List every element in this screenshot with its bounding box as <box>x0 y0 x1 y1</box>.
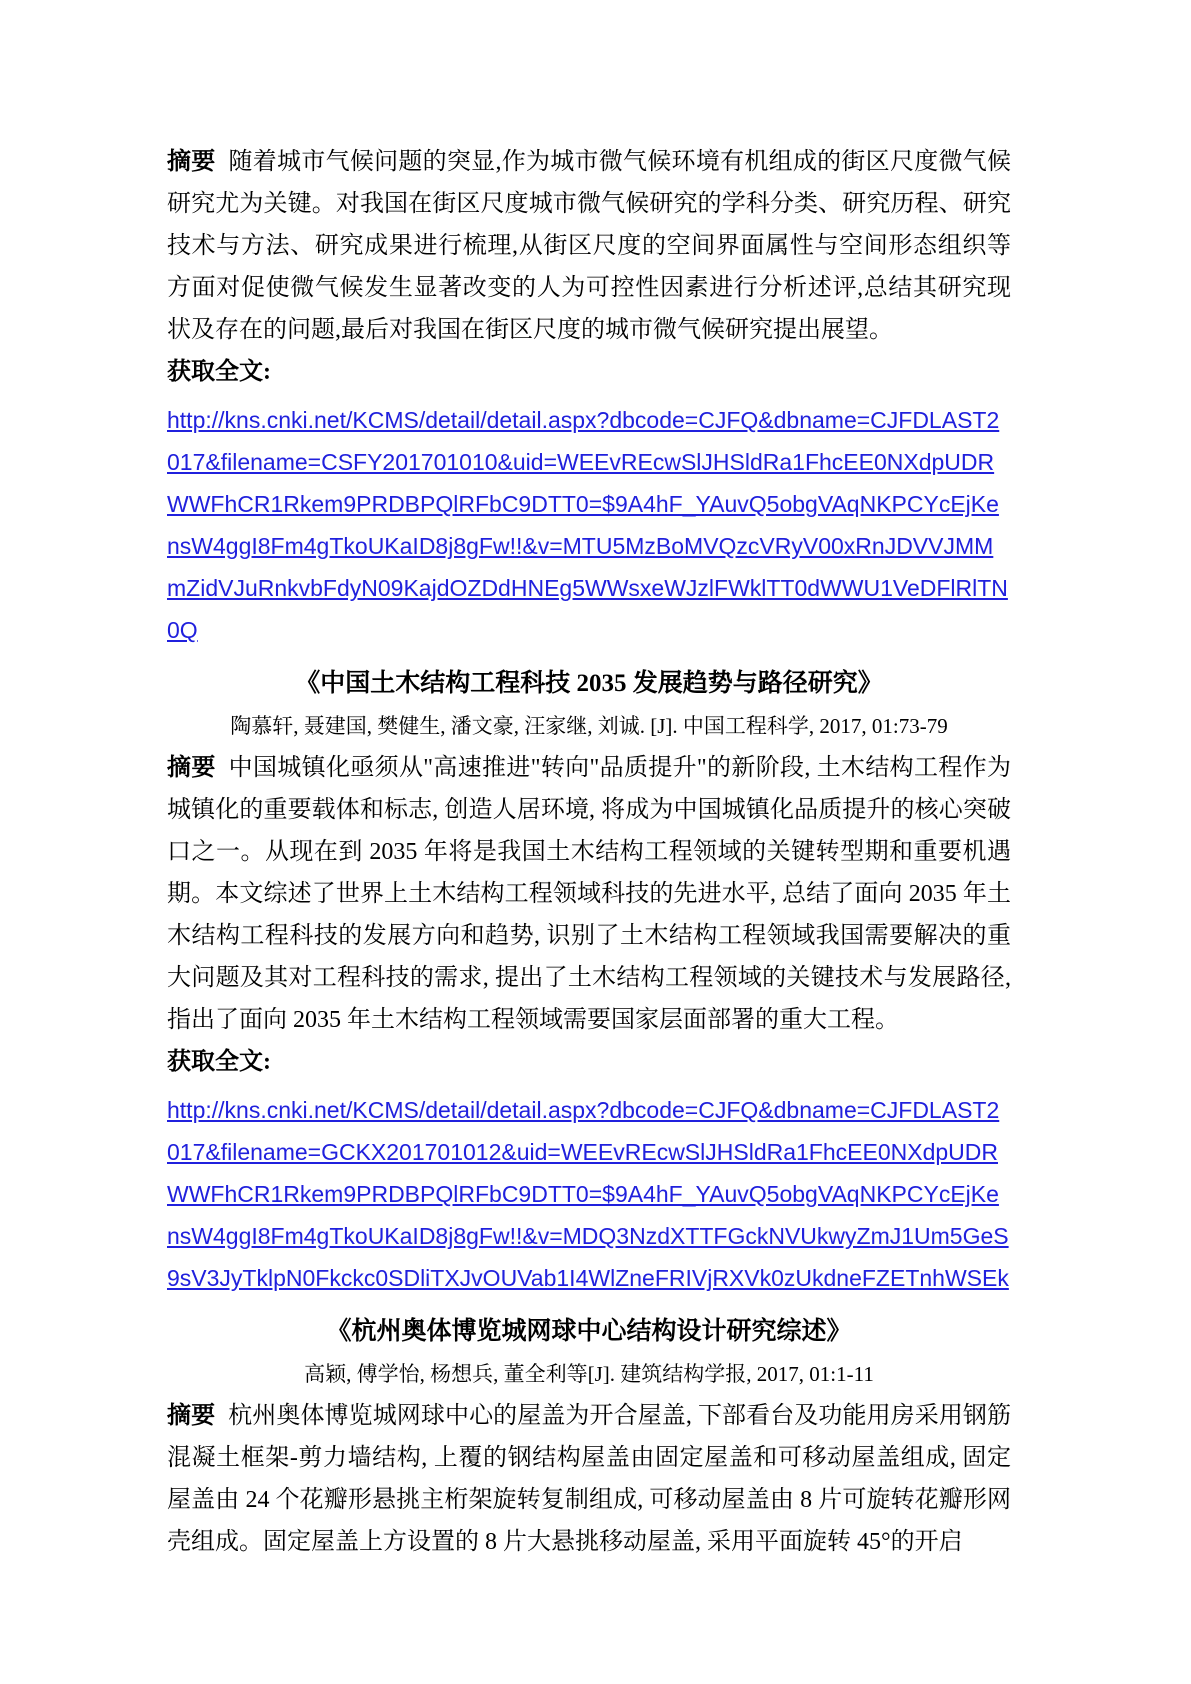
paper1-abstract-paragraph: 摘要随着城市气候问题的突显,作为城市微气候环境有机组成的街区尺度微气候研究尤为关… <box>167 141 1011 351</box>
paper2-abstract-label: 摘要 <box>167 755 229 781</box>
paper3-authors: 高颖, 傅学怡, 杨想兵, 董全利等[J]. 建筑结构学报, 2017, 01:… <box>167 1353 1011 1395</box>
paper2-url-paragraph: http://kns.cnki.net/KCMS/detail/detail.a… <box>167 1089 1011 1299</box>
paper3-abstract-text: 杭州奥体博览城网球中心的屋盖为开合屋盖, 下部看台及功能用房采用钢筋混凝土框架-… <box>167 1403 1011 1555</box>
document-page: 摘要随着城市气候问题的突显,作为城市微气候环境有机组成的街区尺度微气候研究尤为关… <box>0 0 1191 1684</box>
paper1-fulltext-heading: 获取全文: <box>167 351 1011 393</box>
paper1-abstract-label: 摘要 <box>167 149 229 175</box>
paper2-fulltext-heading: 获取全文: <box>167 1041 1011 1083</box>
paper2-abstract-text: 中国城镇化亟须从"高速推进"转向"品质提升"的新阶段, 土木结构工程作为城镇化的… <box>167 755 1011 1033</box>
paper2-abstract-paragraph: 摘要中国城镇化亟须从"高速推进"转向"品质提升"的新阶段, 土木结构工程作为城镇… <box>167 747 1011 1041</box>
paper2-title: 《中国土木结构工程科技 2035 发展趋势与路径研究》 <box>167 663 1011 705</box>
paper3-title: 《杭州奥体博览城网球中心结构设计研究综述》 <box>167 1311 1011 1353</box>
paper1-abstract-text: 随着城市气候问题的突显,作为城市微气候环境有机组成的街区尺度微气候研究尤为关键。… <box>167 149 1011 343</box>
paper2-fulltext-link[interactable]: http://kns.cnki.net/KCMS/detail/detail.a… <box>167 1097 1009 1291</box>
paper3-abstract-paragraph: 摘要杭州奥体博览城网球中心的屋盖为开合屋盖, 下部看台及功能用房采用钢筋混凝土框… <box>167 1395 1011 1563</box>
paper2-authors: 陶慕轩, 聂建国, 樊健生, 潘文豪, 汪家继, 刘诚. [J]. 中国工程科学… <box>167 705 1011 747</box>
paper1-fulltext-link[interactable]: http://kns.cnki.net/KCMS/detail/detail.a… <box>167 407 1008 643</box>
paper1-url-paragraph: http://kns.cnki.net/KCMS/detail/detail.a… <box>167 399 1011 651</box>
paper3-abstract-label: 摘要 <box>167 1403 228 1429</box>
